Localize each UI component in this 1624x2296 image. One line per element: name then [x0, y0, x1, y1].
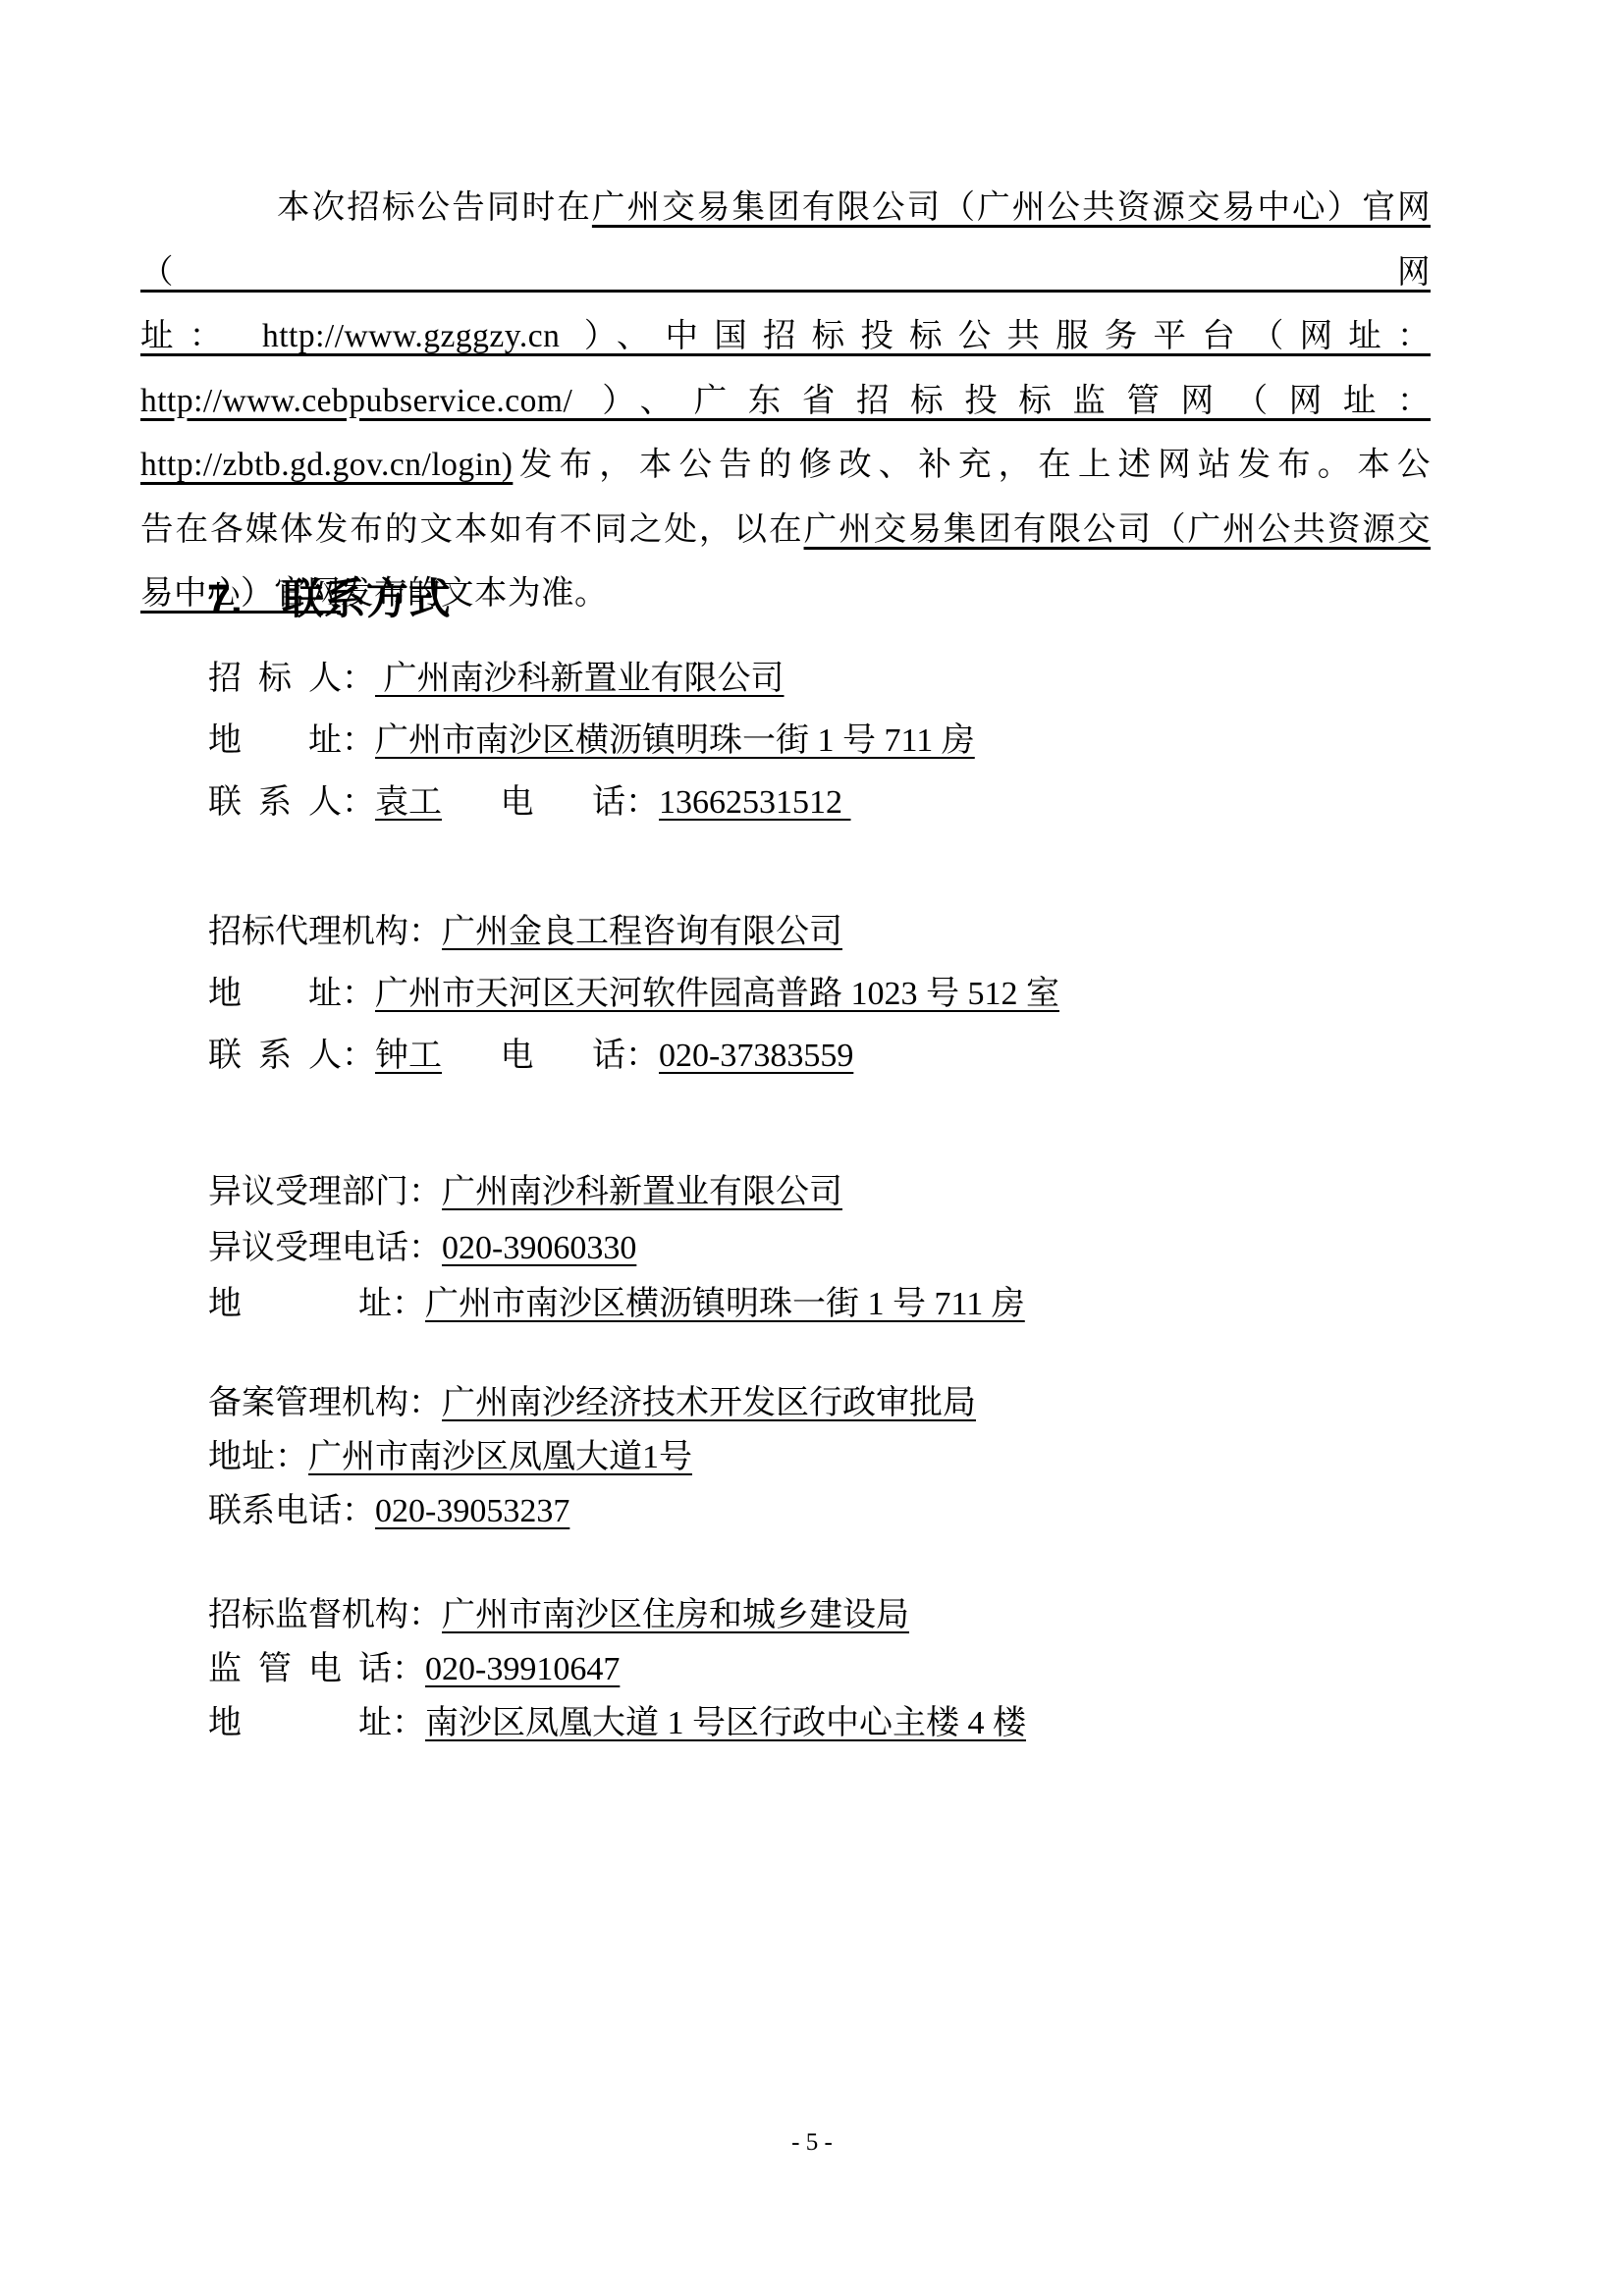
- field-value: 广州市南沙区横沥镇明珠一街 1 号 711 房: [375, 722, 975, 759]
- underlined-segment: 广州交易集团有限公司（广州公共资源交: [804, 511, 1431, 548]
- field-value: 020-39053237: [375, 1493, 569, 1529]
- contact-line-bidder-address: 地 址：广州市南沙区横沥镇明珠一街 1 号 711 房: [208, 710, 975, 772]
- text-segment: 告在各媒体发布的文本如有不同之处，以在: [140, 511, 804, 548]
- field-label: 地址：: [208, 1439, 308, 1475]
- field-value: 南沙区凤凰大道 1 号区行政中心主楼 4 楼: [425, 1705, 1026, 1741]
- field-label: 异议受理电话：: [208, 1230, 442, 1266]
- field-value: 广州南沙科新置业有限公司: [442, 1174, 842, 1210]
- contact-line-objection-address: 地 址：广州市南沙区横沥镇明珠一街 1 号 711 房: [208, 1276, 1025, 1332]
- field-value: 020-37383559: [659, 1038, 853, 1074]
- field-label: 电 话：: [442, 1038, 659, 1074]
- contact-line-agency-name: 招标代理机构：广州金良工程咨询有限公司: [208, 901, 1059, 963]
- underlined-url-segment: http://zbtb.gd.gov.cn/login): [140, 447, 513, 483]
- intro-paragraph: 本次招标公告同时在广州交易集团有限公司（广州公共资源交易中心）官网（网 址： h…: [140, 176, 1431, 626]
- field-value: 020-39060330: [442, 1230, 636, 1266]
- paragraph-line: http://zbtb.gd.gov.cn/login)发布，本公告的修改、补充…: [140, 433, 1431, 498]
- field-label: 电 话：: [442, 784, 659, 821]
- field-value: 广州市天河区天河软件园高普路 1023 号 512 室: [375, 976, 1059, 1012]
- contact-line-bidder-person-phone: 联 系 人：袁工 电 话：13662531512: [208, 772, 975, 833]
- field-value: 020-39910647: [425, 1651, 620, 1687]
- contact-line-objection-department: 异议受理部门：广州南沙科新置业有限公司: [208, 1164, 1025, 1220]
- field-label: 联 系 人：: [208, 1038, 375, 1074]
- paragraph-line: 址： http://www.gzggzy.cn ）、中国招标投标公共服务平台（网…: [140, 304, 1431, 369]
- contact-line-supervision-address: 地 址：南沙区凤凰大道 1 号区行政中心主楼 4 楼: [208, 1696, 1026, 1750]
- contact-block-filing: 备案管理机构：广州南沙经济技术开发区行政审批局 地址：广州市南沙区凤凰大道1号 …: [208, 1376, 976, 1538]
- page-number: - 5 -: [0, 2128, 1624, 2158]
- contact-line-bidder-name: 招 标 人： 广州南沙科新置业有限公司: [208, 648, 975, 710]
- field-label: 招标监督机构：: [208, 1597, 442, 1633]
- field-value: 广州市南沙区住房和城乡建设局: [442, 1597, 909, 1633]
- field-label: 备案管理机构：: [208, 1385, 442, 1421]
- field-label: 招标代理机构：: [208, 914, 442, 950]
- contact-line-agency-person-phone: 联 系 人：钟工 电 话：020-37383559: [208, 1025, 1059, 1087]
- contact-block-agency: 招标代理机构：广州金良工程咨询有限公司 地 址：广州市天河区天河软件园高普路 1…: [208, 901, 1059, 1087]
- heading-number: 7.: [207, 576, 243, 623]
- field-label: 异议受理部门：: [208, 1174, 442, 1210]
- section-heading-contact-info: 7.联系方式: [207, 574, 451, 625]
- paragraph-line: http://www.cebpubservice.com/ ）、广东省招标投标监…: [140, 369, 1431, 434]
- field-label: 招 标 人：: [208, 661, 375, 697]
- contact-block-objection: 异议受理部门：广州南沙科新置业有限公司 异议受理电话：020-39060330 …: [208, 1164, 1025, 1332]
- contact-line-filing-phone: 联系电话：020-39053237: [208, 1484, 976, 1538]
- field-label: 地 址：: [208, 1705, 425, 1741]
- document-page: 本次招标公告同时在广州交易集团有限公司（广州公共资源交易中心）官网（网 址： h…: [0, 0, 1624, 2296]
- field-value: 广州南沙科新置业有限公司: [375, 661, 785, 697]
- paragraph-line: 告在各媒体发布的文本如有不同之处，以在广州交易集团有限公司（广州公共资源交: [140, 498, 1431, 562]
- field-label: 地 址：: [208, 976, 375, 1012]
- paragraph-line: 本次招标公告同时在广州交易集团有限公司（广州公共资源交易中心）官网（网: [140, 176, 1431, 304]
- field-label: 地 址：: [208, 1286, 425, 1322]
- field-value: 广州市南沙区凤凰大道1号: [308, 1439, 692, 1475]
- field-label: 联系电话：: [208, 1493, 375, 1529]
- heading-title: 联系方式: [282, 576, 451, 623]
- contact-line-agency-address: 地 址：广州市天河区天河软件园高普路 1023 号 512 室: [208, 963, 1059, 1025]
- contact-line-filing-address: 地址：广州市南沙区凤凰大道1号: [208, 1430, 976, 1484]
- field-value: 13662531512: [659, 784, 851, 821]
- field-value: 袁工: [375, 784, 442, 821]
- field-label: 联 系 人：: [208, 784, 375, 821]
- field-value: 广州南沙经济技术开发区行政审批局: [442, 1385, 976, 1421]
- contact-block-bidder: 招 标 人： 广州南沙科新置业有限公司 地 址：广州市南沙区横沥镇明珠一街 1 …: [208, 648, 975, 833]
- text-segment: 发布，本公告的修改、补充，在上述网站发布。本公: [513, 447, 1431, 483]
- contact-line-supervision-phone: 监 管 电 话：020-39910647: [208, 1642, 1026, 1696]
- contact-line-objection-phone: 异议受理电话：020-39060330: [208, 1220, 1025, 1276]
- field-value: 广州金良工程咨询有限公司: [442, 914, 842, 950]
- underlined-url-segment: 址： http://www.gzggzy.cn ）、中国招标投标公共服务平台（网…: [140, 318, 1431, 354]
- underlined-url-segment: http://www.cebpubservice.com/ ）、广东省招标投标监…: [140, 383, 1431, 419]
- field-label: 地 址：: [208, 722, 375, 759]
- field-value: 钟工: [375, 1038, 442, 1074]
- contact-line-supervision-authority: 招标监督机构：广州市南沙区住房和城乡建设局: [208, 1588, 1026, 1642]
- contact-block-supervision: 招标监督机构：广州市南沙区住房和城乡建设局 监 管 电 话：020-399106…: [208, 1588, 1026, 1750]
- contact-line-filing-authority: 备案管理机构：广州南沙经济技术开发区行政审批局: [208, 1376, 976, 1430]
- text-segment: 本次招标公告同时在: [277, 189, 592, 226]
- field-label: 监 管 电 话：: [208, 1651, 425, 1687]
- field-value: 广州市南沙区横沥镇明珠一街 1 号 711 房: [425, 1286, 1025, 1322]
